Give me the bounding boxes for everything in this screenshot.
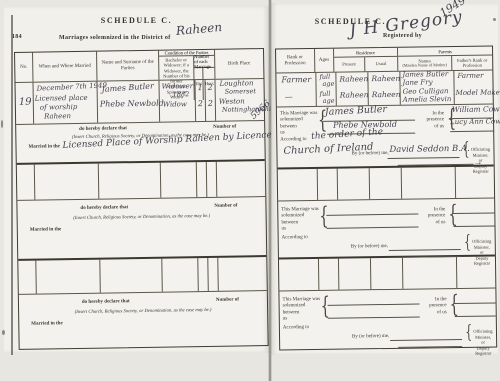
- signature-rule: [388, 156, 460, 159]
- according-to-label: According to: [280, 137, 306, 144]
- entry-condition-2: Widow: [163, 101, 187, 109]
- solemnized-line-2: solemnized between: [283, 303, 321, 316]
- col-header-names-label: Name and Surname of the Parties: [98, 59, 157, 71]
- entry-father-rank-2: Model Maker: [456, 89, 500, 97]
- solemnized-line-2: solemnized between: [281, 213, 319, 226]
- presence-label: In the presence of us: [418, 111, 444, 130]
- presence-line-2: of us: [421, 310, 447, 317]
- entry-his-1: 1: [198, 84, 203, 93]
- district-handwritten: Raheen: [176, 21, 223, 38]
- number-of-label: Number of: [214, 203, 237, 208]
- empty-cell: [457, 256, 495, 288]
- entry-rank-2: —: [285, 93, 293, 102]
- signature-rule: [450, 129, 494, 132]
- by-me-label: By (or before) me,: [351, 244, 388, 251]
- declare-label: do hereby declare that: [17, 204, 191, 212]
- col-header-parents-group: Parents Names (Maiden Name of Mother) Fa…: [398, 46, 492, 70]
- col-header-ages: Ages: [315, 49, 335, 72]
- empty-cell: [35, 164, 100, 200]
- presence-line-2: of us: [419, 220, 445, 227]
- empty-cell: [18, 261, 37, 294]
- entry-row: Farmer — full age full age Raheen Raheen…: [276, 70, 492, 107]
- empty-entry-strip: [278, 166, 494, 201]
- signature-rule: [328, 303, 420, 306]
- scan-speck: [2, 330, 5, 335]
- by-me-text: By (or before) me,: [351, 151, 388, 157]
- by-me-label: By (or before) me,: [352, 334, 389, 341]
- according-to-label: According to: [283, 325, 309, 332]
- signature-rule: [326, 213, 418, 216]
- entry-parent-2b: Amelia Slevin: [403, 96, 452, 104]
- signature-rule: [453, 224, 494, 227]
- presence-line-1: In the presence: [418, 111, 444, 124]
- entry-present-1: Raheen: [339, 75, 368, 84]
- married-in-label: Married in the: [30, 227, 61, 232]
- cell-condition: Widower 1882 Widow: [159, 80, 196, 122]
- heading-label: Marriages solemnized in the District of: [59, 35, 171, 41]
- empty-entry-strip: [17, 161, 266, 201]
- empty-cell: [217, 161, 266, 197]
- empty-cell: [279, 259, 319, 291]
- cell-marriage-hers: 2 2: [205, 80, 216, 121]
- entry-age-1b: age: [322, 81, 334, 88]
- cell-party-names: James Butler Phebe Newbold: [97, 81, 160, 123]
- residence-usual-label: Usual: [376, 61, 387, 66]
- empty-cell: [161, 162, 198, 198]
- empty-cell: [456, 166, 494, 198]
- empty-cell: [278, 169, 318, 201]
- empty-cell: [99, 163, 162, 199]
- entry-rank-1: Farmer: [281, 76, 311, 85]
- entry-age-2b: age: [323, 98, 335, 105]
- col-header-residence-present: Present: [334, 57, 365, 71]
- empty-entry-strip: [18, 257, 267, 295]
- rank-label: Rank or Profession: [277, 55, 313, 67]
- by-me-text: By (or before) me,: [352, 334, 389, 340]
- ages-label: Ages: [319, 57, 329, 63]
- solemnized-line-3: us: [283, 316, 321, 323]
- signature-rule: [398, 345, 462, 348]
- parties-brace: {: [320, 292, 330, 320]
- empty-cell: [319, 259, 339, 290]
- col-header-residence-usual: Usual: [365, 57, 398, 71]
- empty-entry-strip: [279, 256, 495, 291]
- residence-subheaders: Present Usual: [334, 57, 397, 72]
- cell-rank: Farmer —: [276, 73, 316, 107]
- residence-group-label: Residence: [356, 50, 375, 55]
- empty-cell: [208, 258, 219, 291]
- marriage-count-title: Number of each Marriage: [194, 56, 214, 68]
- page-seam: [268, 0, 272, 381]
- officiating-line-1: Officiating Minister,: [469, 328, 497, 339]
- entry-hers-2: 2: [208, 100, 213, 109]
- parties-brace: {: [319, 202, 329, 230]
- solemnization-block-2: This Marriage was solemnized between us …: [278, 198, 495, 259]
- cell-entry-no: 19: [16, 83, 35, 124]
- table-header-row: No. When and Where Married Name and Surn…: [15, 49, 263, 83]
- declaration-block-3: do hereby declare that Number of (Insert…: [19, 291, 268, 349]
- according-label: According to: [283, 325, 309, 332]
- cell-father-rank: Farmer Model Maker: [454, 70, 492, 104]
- page-title-left: SCHEDULE C.: [4, 16, 269, 25]
- married-in-label: Married in the: [31, 321, 62, 326]
- witness-signature-2: Lucy Ann Cowper: [450, 118, 500, 127]
- insert-note-label: (Insert Church, Religious Society, or De…: [18, 213, 266, 222]
- cell-when-where: December 7th 1949 Licensed place of wors…: [34, 82, 99, 124]
- presence-line-1: In the presence: [419, 207, 445, 220]
- parents-group-label: Parents: [438, 49, 452, 54]
- cell-residence-present: Raheen Raheen: [336, 72, 368, 105]
- col-header-father-rank: Father's Rank or Profession: [452, 55, 492, 70]
- insert-note-label: (Insert Church, Religious Society, or De…: [19, 307, 267, 316]
- empty-cell: [339, 258, 371, 289]
- table-header-row: Rank or Profession Ages Residence Presen…: [276, 46, 492, 73]
- cell-marriage-his: 1 2: [195, 80, 206, 121]
- empty-cell: [402, 167, 456, 199]
- solemnized-label: This Marriage was solemnized between us: [281, 207, 319, 233]
- by-me-label: By (or before) me,: [351, 151, 388, 158]
- entry-his-2: 2: [198, 100, 203, 109]
- marriage-count-label: Number of each Marriage: [194, 54, 214, 69]
- cell-parent-names: James Butler Jane Fry Geo Culligan Ameli…: [400, 71, 454, 105]
- empty-cell: [371, 258, 403, 289]
- empty-cell: [370, 168, 402, 199]
- col-header-no-label: No.: [20, 64, 27, 70]
- binding-edge-line: [11, 15, 13, 355]
- signature-rule: [327, 226, 419, 229]
- entry-parent-1b: Jane Fry: [402, 79, 432, 87]
- signature-rule: [398, 163, 474, 166]
- party-signature-1: James Butler: [325, 105, 388, 118]
- declaration-block-2: do hereby declare that Number of (Insert…: [17, 197, 266, 261]
- entry-birth-1b: Somerset: [225, 88, 256, 96]
- entry-name-1: James Butler: [101, 82, 154, 94]
- col-header-no: No.: [15, 53, 33, 82]
- entry-row: 19 December 7th 1949 Licensed place of w…: [16, 79, 265, 125]
- col-header-condition-group: Condition of the Parties Bachelor or Wid…: [159, 50, 215, 80]
- signature-rule: [455, 314, 496, 317]
- presence-label: In the presence of us: [419, 207, 445, 226]
- number-of-label: Number of: [213, 124, 236, 129]
- empty-cell: [198, 258, 209, 291]
- according-label: According to: [280, 137, 306, 144]
- solemnized-line-3: us: [281, 226, 319, 233]
- signature-rule: [328, 316, 420, 319]
- col-header-when-where: When and Where Married: [33, 52, 97, 82]
- arrow-mark: →: [474, 157, 483, 167]
- empty-cell: [100, 259, 163, 293]
- entry-when-3: of worship: [40, 104, 78, 112]
- solemnized-line-2: solemnized between: [280, 117, 318, 130]
- col-header-birthplace: Birth Place: [215, 49, 263, 79]
- marriage-register-form-right: Rank or Profession Ages Residence Presen…: [275, 45, 497, 350]
- solemnization-block-1: This Marriage was solemnized between us …: [277, 104, 494, 169]
- declare-label: do hereby declare that: [16, 125, 190, 133]
- col-header-parent-names: Names (Maiden Name of Mother): [398, 56, 452, 71]
- birthplace-label: Birth Place: [228, 61, 250, 67]
- cell-residence-usual: Raheen Raheen: [368, 72, 400, 105]
- empty-cell: [36, 260, 101, 294]
- presence-label: In the presence of us: [421, 297, 447, 316]
- married-in-label: Married in the: [28, 144, 59, 149]
- marriage-register-form-left: No. When and Where Married Name and Surn…: [14, 48, 269, 350]
- cell-ages: full age full age: [316, 73, 336, 106]
- declare-label: do hereby declare that: [19, 298, 193, 306]
- entry-when-2: Licensed place: [35, 95, 88, 104]
- officiating-line-3: Deputy Registrar: [469, 345, 497, 356]
- witness-signature-1: William Cowper: [452, 105, 500, 114]
- according-to-label: According to: [282, 235, 308, 242]
- register-page-right: SCHEDULE C. Registered by 1949 J H Grego…: [271, 3, 498, 355]
- empty-cell: [218, 257, 267, 291]
- empty-cell: [17, 165, 36, 200]
- signature-rule: [389, 248, 461, 251]
- presence-line-2: of us: [418, 124, 444, 131]
- entry-when-4: Raheen: [44, 113, 71, 121]
- solemnization-block-3: This Marriage was solemnized between us …: [279, 288, 496, 349]
- scan-speck: [1, 120, 3, 128]
- empty-cell: [338, 168, 370, 199]
- entry-father-rank-1: Farmer: [457, 73, 483, 81]
- entry-no: 19: [19, 97, 32, 108]
- empty-cell: [162, 258, 199, 292]
- officiant-signature: David Seddon B.A.: [389, 145, 469, 155]
- father-rank-label: Father's Rank or Profession: [453, 57, 491, 68]
- col-header-when-where-label: When and Where Married: [39, 63, 91, 70]
- signature-rule: [453, 211, 494, 214]
- empty-cell: [197, 162, 208, 197]
- entry-usual-1: Raheen: [371, 75, 400, 84]
- parent-names-note: (Maiden Name of Mother): [402, 63, 447, 68]
- by-me-text: By (or before) me,: [351, 244, 388, 250]
- entry-present-2: Raheen: [340, 91, 369, 100]
- parents-subheaders: Names (Maiden Name of Mother) Father's R…: [398, 55, 492, 70]
- col-header-names: Name and Surname of the Parties: [97, 51, 159, 81]
- declaration-block-1: do hereby declare that Number of (Insert…: [16, 121, 265, 165]
- officiating-label: Officiating Minister, or Deputy Registra…: [469, 328, 497, 356]
- entry-name-2: Phebe Newbold: [100, 100, 164, 110]
- presence-line-1: In the presence: [421, 297, 447, 310]
- signature-rule: [455, 301, 496, 304]
- empty-cell: [207, 162, 218, 197]
- register-page-left: SCHEDULE C. 184 Marriages solemnized in …: [4, 6, 269, 353]
- empty-cell: [318, 169, 338, 200]
- scan-speck: [493, 18, 496, 21]
- entry-condition-1b: 1882: [173, 91, 190, 98]
- according-label: According to: [282, 235, 308, 242]
- residence-present-label: Present: [342, 62, 356, 67]
- entry-hers-1: 2: [208, 84, 213, 93]
- number-of-label: Number of: [216, 297, 239, 302]
- signature-rule: [390, 338, 462, 341]
- col-header-rank: Rank or Profession: [276, 49, 315, 73]
- entry-usual-2: Raheen: [372, 91, 401, 100]
- empty-cell: [403, 257, 457, 289]
- col-header-residence-group: Residence Present Usual: [334, 48, 398, 72]
- solemnized-label: This Marriage was solemnized between us: [282, 297, 320, 323]
- page-number: 184: [12, 34, 22, 40]
- officiating-line-1: Officiating Minister,: [468, 238, 496, 249]
